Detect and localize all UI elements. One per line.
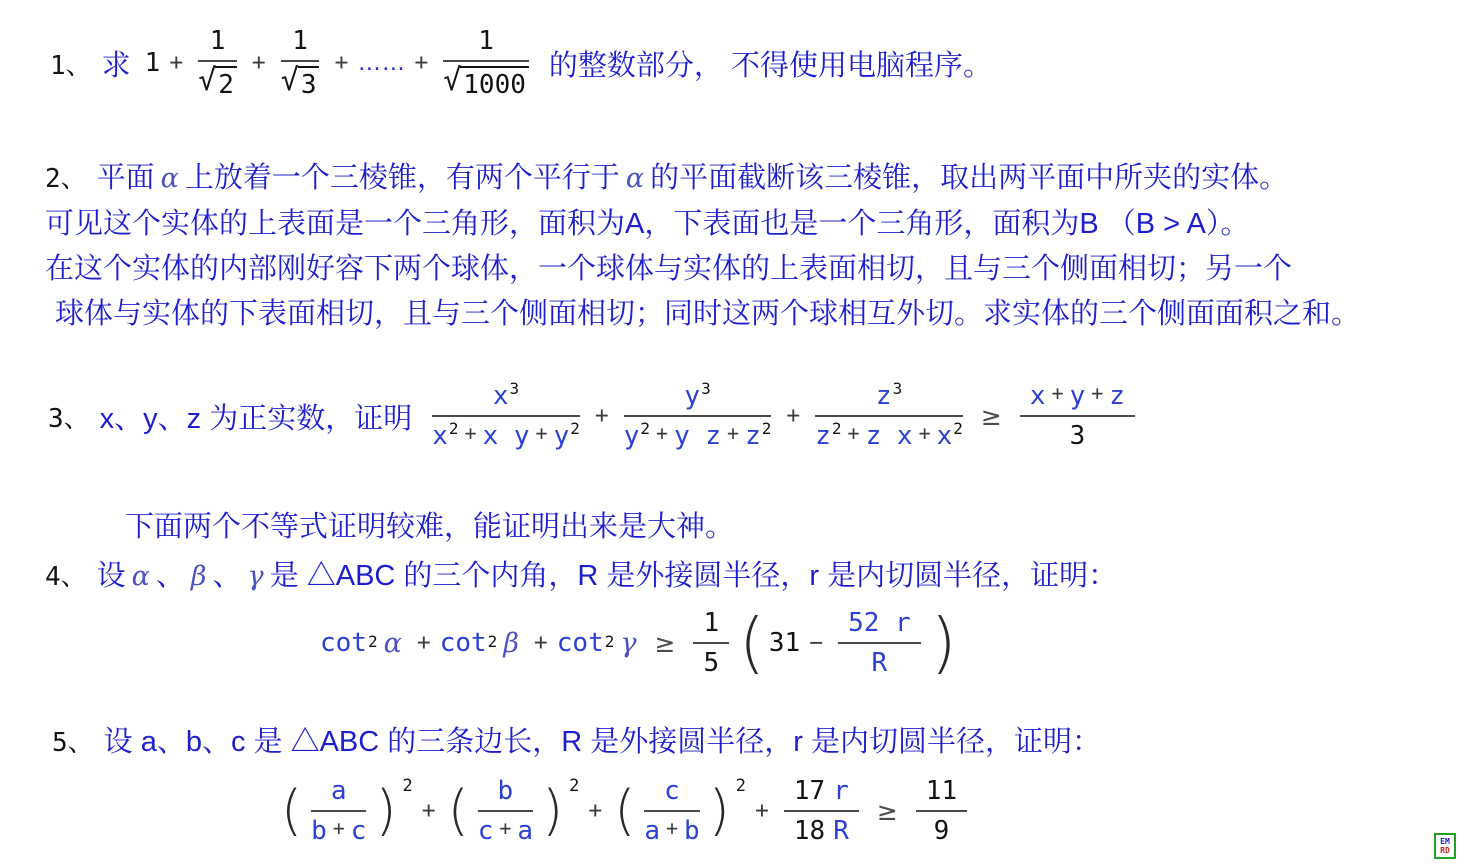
plus-operator: + [252, 50, 266, 76]
right-parenthesis: ) [931, 615, 957, 671]
variable: z [1109, 381, 1125, 411]
plus-operator: + [848, 421, 860, 445]
greater-equal-sign: ≥ [877, 797, 898, 826]
exponent: 2 [570, 419, 580, 438]
problem-2-line-1: 2、平面α上放着一个三棱锥，有两个平行于α的平面截断该三棱锥，取出两平面中所夹的… [45, 156, 1470, 202]
fraction-numerator: 11 [916, 776, 967, 812]
plus-operator: + [1052, 381, 1064, 405]
variable: x y [483, 421, 530, 451]
greater-equal-sign: ≥ [655, 629, 676, 658]
fraction-numerator: x3 [432, 381, 580, 417]
problem-5-intro: 设 a、b、c 是 △ABC 的三条边长，R 是外接圆半径，r 是内切圆半径，证… [104, 726, 1101, 758]
problem-3-intro: x、y、z 为正实数，证明 [100, 396, 413, 437]
text-segment: 平面 [97, 162, 155, 194]
problem-5-number: 5、 [52, 728, 94, 758]
exponent: 3 [510, 379, 520, 398]
variable: R [833, 816, 849, 846]
exponent: 2 [640, 419, 650, 438]
variable: y z [674, 421, 721, 451]
text-segment: 、 [213, 560, 242, 592]
plus-operator: + [333, 816, 345, 840]
fraction-denominator: c+a [478, 812, 533, 846]
fraction-numerator: x+y+z [1020, 381, 1135, 417]
exponent: 2 [736, 776, 746, 796]
text-segment: 、 [156, 560, 185, 592]
fraction-numerator: y3 [624, 381, 772, 417]
problem-5-formula: ( a b+c ) 2 + ( b c+a ) 2 + ( c a+b ) 2 … [278, 776, 1470, 846]
logo-bottom-text: RD [1440, 846, 1450, 855]
gamma-symbol: γ [620, 628, 636, 659]
problem-2: 2、平面α上放着一个三棱锥，有两个平行于α的平面截断该三棱锥，取出两平面中所夹的… [45, 156, 1470, 337]
left-parenthesis: ( [448, 788, 469, 834]
exponent: 2 [368, 632, 378, 651]
variable: c [478, 816, 494, 846]
left-parenthesis: ( [281, 788, 302, 834]
plus-operator: + [499, 816, 511, 840]
variable: y [684, 381, 700, 411]
number: 18 [794, 816, 825, 846]
fraction-denominator: √ 3 [281, 62, 320, 100]
plus-operator: + [422, 798, 436, 824]
fraction-one-fifth: 1 5 [693, 608, 729, 678]
radical-sign: √ [198, 66, 216, 96]
fraction-numerator: 1 [443, 26, 529, 62]
fraction-numerator: c [644, 776, 699, 812]
fraction-denominator: 18R [784, 812, 859, 846]
alpha-symbol: α [384, 628, 402, 659]
plus-operator: + [465, 421, 477, 445]
fraction-a-over-b-plus-c: a b+c [311, 776, 366, 846]
fraction-x-term: x3 x2+x y+y2 [432, 381, 580, 451]
problem-1-verb: 求 [102, 43, 131, 84]
exponent: 2 [449, 419, 459, 438]
fraction-denominator: 5 [693, 644, 729, 678]
variable: b [684, 816, 700, 846]
radical-sign: √ [281, 66, 299, 96]
plus-operator: + [666, 816, 678, 840]
problem-2-line-4: 球体与实体的下表面相切，且与三个侧面相切；同时这两个球相互外切。求实体的三个侧面… [45, 292, 1470, 337]
plus-operator: + [755, 798, 769, 824]
variable: c [351, 816, 367, 846]
watermark-logo: EM RD [1434, 833, 1456, 859]
fraction-rhs: x+y+z 3 [1020, 381, 1135, 451]
variable: y [624, 421, 640, 451]
cot-function: cot [557, 628, 604, 658]
sqrt-expression: √ 3 [281, 66, 320, 100]
plus-operator: + [919, 421, 931, 445]
sqrt-expression: √ 2 [198, 66, 237, 100]
fraction-denominator: z2+z x+x2 [815, 417, 963, 451]
cot-function: cot [440, 628, 487, 658]
fraction-denominator: R [838, 644, 921, 678]
fraction-11-over-9: 11 9 [916, 776, 967, 846]
variable: x [493, 381, 509, 411]
alpha-symbol: α [626, 163, 644, 194]
fraction-denominator: a+b [644, 812, 699, 846]
radicand: 1000 [460, 66, 529, 100]
fraction-numerator: 1 [198, 26, 237, 62]
beta-symbol: β [191, 561, 207, 592]
text-segment: 的平面截断该三棱锥，取出两平面中所夹的实体。 [650, 162, 1288, 194]
exponent: 3 [893, 379, 903, 398]
problem-4-formula: cot2 α + cot2 β + cot2 γ ≥ 1 5 ( 31 − 52… [320, 608, 1470, 678]
alpha-symbol: α [132, 561, 150, 592]
problem-1-number: 1、 [50, 45, 92, 82]
fraction-denominator: 3 [1020, 417, 1135, 451]
variable: z [815, 421, 831, 451]
problem-2-number: 2、 [45, 164, 87, 194]
plus-operator: + [534, 630, 548, 656]
fraction-numerator: 1 [281, 26, 320, 62]
problem-4: 4、设α、β、γ是 △ABC 的三个内角，R 是外接圆半径，r 是内切圆半径，证… [45, 554, 1470, 600]
fraction-1-over-sqrt3: 1 √ 3 [281, 26, 320, 100]
plus-operator: + [414, 50, 428, 76]
logo-top-text: EM [1440, 837, 1450, 846]
problem-1: 1、 求 1 + 1 √ 2 + 1 √ 3 + …… + 1 √ 1000 [50, 26, 1470, 100]
exponent: 2 [605, 632, 615, 651]
fraction-denominator: y2+y z+z2 [624, 417, 772, 451]
text-segment: 设 [97, 560, 126, 592]
right-parenthesis: ) [542, 788, 563, 834]
number-31: 31 [769, 628, 800, 658]
variable: y [554, 421, 570, 451]
plus-operator: + [536, 421, 548, 445]
math-token: 1 [145, 48, 161, 78]
fraction-z-term: z3 z2+z x+x2 [815, 381, 963, 451]
problem-4-number: 4、 [45, 562, 87, 592]
fraction-numerator: z3 [815, 381, 963, 417]
variable: a [644, 816, 660, 846]
squared-term-b: ( b c+a ) 2 [445, 776, 580, 846]
fraction-denominator: 9 [916, 812, 967, 846]
fraction-denominator: b+c [311, 812, 366, 846]
plus-operator: + [169, 50, 183, 76]
variable: z [876, 381, 892, 411]
variable: y [1070, 381, 1086, 411]
radical-sign: √ [443, 66, 461, 96]
plus-operator: + [334, 50, 348, 76]
exponent: 3 [701, 379, 711, 398]
beta-symbol: β [503, 628, 519, 659]
exponent: 2 [403, 776, 413, 796]
problem-3-number: 3、 [48, 398, 90, 435]
plus-operator: + [417, 630, 431, 656]
cot-function: cot [320, 628, 367, 658]
exponent: 2 [762, 419, 772, 438]
plus-operator: + [727, 421, 739, 445]
squared-term-a: ( a b+c ) 2 [278, 776, 413, 846]
fraction-1-over-sqrt2: 1 √ 2 [198, 26, 237, 100]
number: 17 [794, 776, 825, 806]
text-segment: 是 △ABC 的三个内角，R 是外接圆半径，r 是内切圆半径，证明： [270, 560, 1117, 592]
right-parenthesis: ) [375, 788, 396, 834]
fraction-numerator: b [478, 776, 533, 812]
fraction-52r-over-R: 52 r R [838, 608, 921, 678]
variable: z [745, 421, 761, 451]
fraction-denominator: √ 1000 [443, 62, 529, 100]
problem-2-line-3: 在这个实体的内部刚好容下两个球体，一个球体与实体的上表面相切，且与三个侧面相切；… [45, 247, 1470, 292]
left-parenthesis: ( [739, 615, 765, 671]
exponent: 2 [953, 419, 963, 438]
problem-3: 3、 x、y、z 为正实数，证明 x3 x2+x y+y2 + y3 y2+y … [48, 381, 1470, 451]
plus-operator: + [656, 421, 668, 445]
fraction-numerator: 1 [693, 608, 729, 644]
variable: x [432, 421, 448, 451]
fraction-y-term: y3 y2+y z+z2 [624, 381, 772, 451]
plus-operator: + [595, 403, 609, 429]
minus-operator: − [809, 630, 823, 656]
fraction-c-over-a-plus-b: c a+b [644, 776, 699, 846]
fraction-denominator: √ 2 [198, 62, 237, 100]
gamma-symbol: γ [248, 561, 264, 592]
fraction-numerator: 17r [784, 776, 859, 812]
fraction-b-over-c-plus-a: b c+a [478, 776, 533, 846]
fraction-denominator: x2+x y+y2 [432, 417, 580, 451]
sqrt-expression: √ 1000 [443, 66, 529, 100]
plus-operator: + [1091, 381, 1103, 405]
left-parenthesis: ( [614, 788, 635, 834]
variable: x [937, 421, 953, 451]
plus-operator: + [588, 798, 602, 824]
right-parenthesis: ) [709, 788, 730, 834]
variable: r [833, 776, 849, 806]
note-line: 下面两个不等式证明较难，能证明出来是大神。 [125, 505, 1470, 550]
squared-term-c: ( c a+b ) 2 [611, 776, 746, 846]
fraction-17r-over-18R: 17r 18R [784, 776, 859, 846]
radicand: 3 [298, 66, 320, 100]
radicand: 2 [215, 66, 237, 100]
problem-5: 5、设 a、b、c 是 △ABC 的三条边长，R 是外接圆半径，r 是内切圆半径… [52, 720, 1470, 766]
greater-equal-sign: ≥ [981, 402, 1002, 431]
exponent: 2 [569, 776, 579, 796]
plus-operator: + [786, 403, 800, 429]
problem-1-tail-text: 的整数部分， 不得使用电脑程序。 [549, 43, 992, 84]
variable: x [1030, 381, 1046, 411]
exponent: 2 [488, 632, 498, 651]
fraction-numerator: a [311, 776, 366, 812]
ellipsis-dots: …… [357, 49, 405, 77]
problem-2-line-2: 可见这个实体的上表面是一个三角形，面积为A，下表面也是一个三角形，面积为B （B… [45, 202, 1470, 247]
fraction-numerator: 52 r [838, 608, 921, 644]
variable: z x [866, 421, 913, 451]
exponent: 2 [832, 419, 842, 438]
variable: a [517, 816, 533, 846]
text-segment: 上放着一个三棱锥，有两个平行于 [185, 162, 620, 194]
variable: b [311, 816, 327, 846]
alpha-symbol: α [161, 163, 179, 194]
fraction-1-over-sqrt1000: 1 √ 1000 [443, 26, 529, 100]
